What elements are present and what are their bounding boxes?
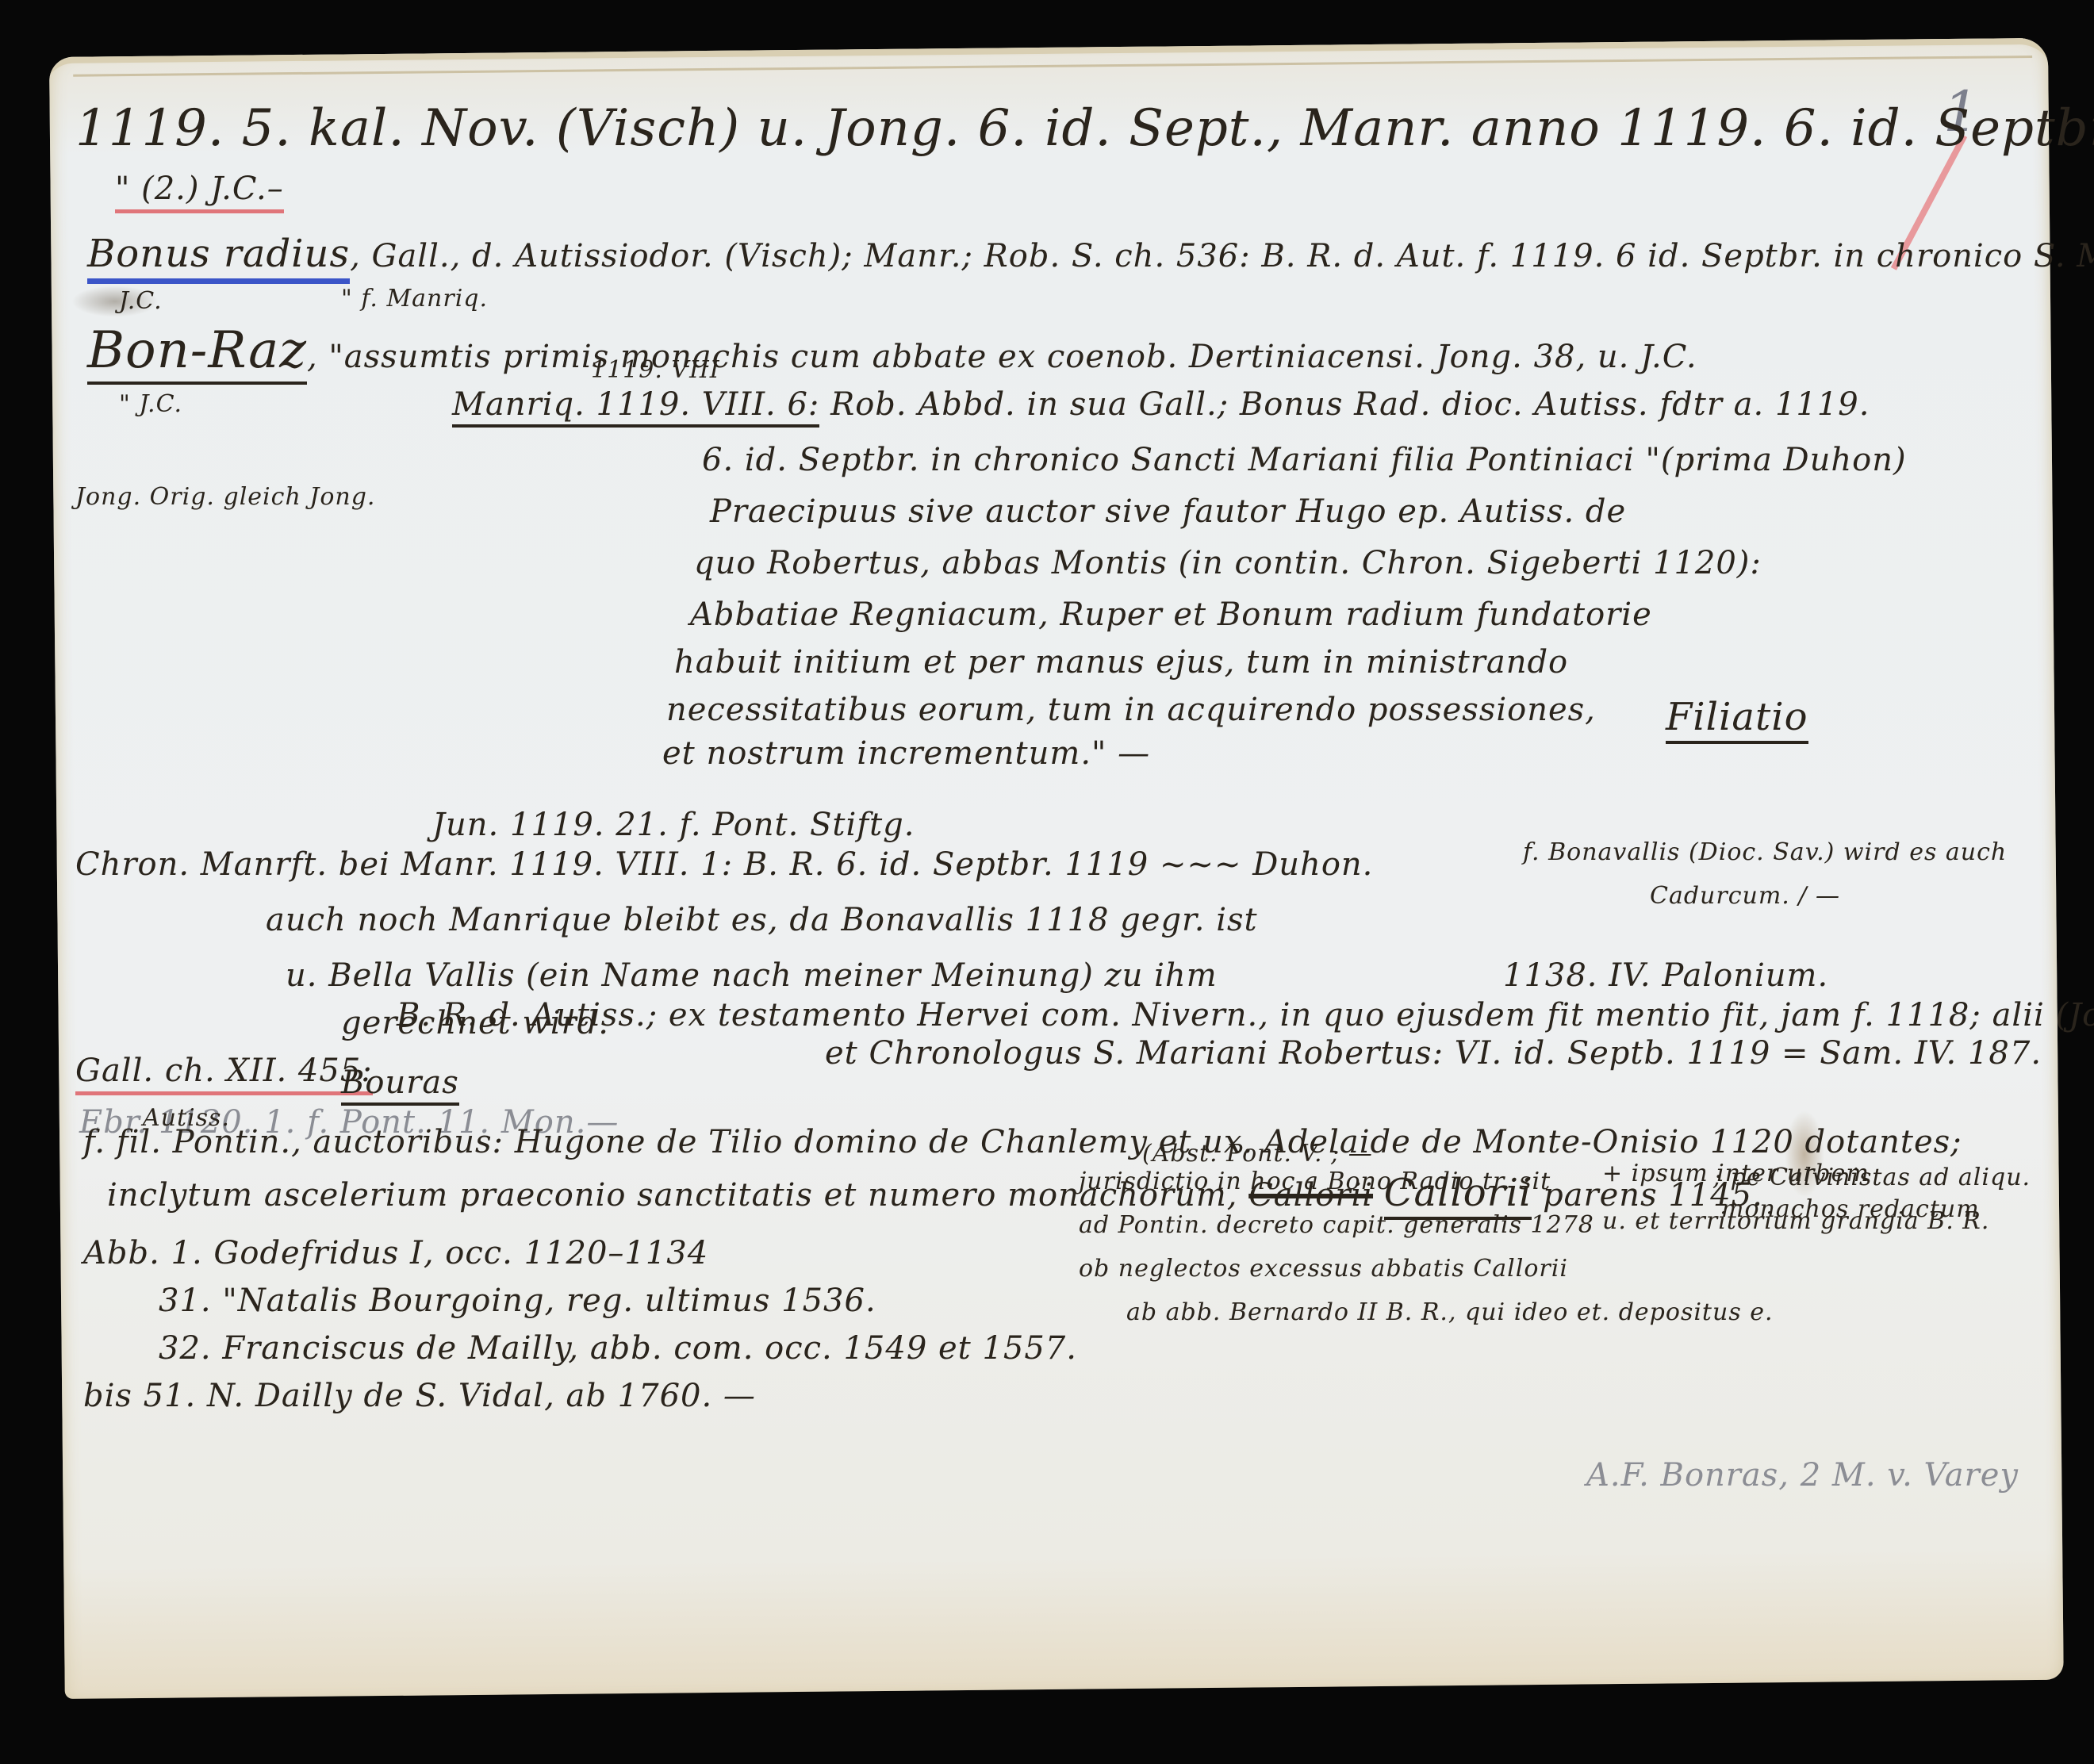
filiatio-line-3: 1138. IV. Palonium. (1503, 960, 1828, 991)
quote-line-1: 6. id. Septbr. in chronico Sancti Marian… (702, 444, 1907, 476)
note-jc-text: " (2.) J.C.– (115, 171, 284, 213)
jurisdictio-line-4: ab abb. Bernardo II B. R., qui ideo et. … (1126, 1301, 1774, 1325)
manriq-note: " f. Manriq. (341, 287, 488, 311)
jurisdictio-line-3: ob neglectos excessus abbatis Callorii (1079, 1257, 1568, 1281)
filiatio-line-1: f. Bonavallis (Dioc. Sav.) wird es auch (1523, 841, 2007, 865)
manriq-ref-text: Rob. Abbd. in sua Gall.; Bonus Rad. dioc… (830, 386, 1870, 423)
ipsum-note: + ipsum inter urbem (1602, 1162, 1870, 1186)
entry-year-line: 1119. 5. kal. Nov. (Visch) u. Jong. 6. i… (75, 103, 2094, 154)
pencil-note-varey: A.F. Bonras, 2 M. v. Varey (1586, 1459, 2019, 1491)
inclytum-text: inclytum ascelerium praeconio sanctitati… (107, 1177, 1237, 1214)
quote-line-3: quo Robertus, abbas Montis (in contin. C… (694, 547, 1762, 579)
jurisdictio-line-2: ad Pontin. decreto capit. generalis 1278 (1079, 1214, 1594, 1237)
bon-raz-line: Bon-Raz, "assumtis primis monachis cum a… (87, 325, 1697, 376)
abbey-name-bonus-radius: Bonus radius (87, 232, 350, 284)
abbot-1: Abb. 1. Godefridus I, occ. 1120–1134 (83, 1237, 708, 1269)
abbot-51: bis 51. N. Dailly de S. Vidal, ab 1760. … (83, 1380, 756, 1412)
manriq-ref: Manriq. 1119. VIII. 6: (452, 386, 819, 428)
margin-jc: J.C. (119, 290, 163, 313)
bouras-text: Bouras (341, 1064, 459, 1106)
german-note-1: auch noch Manrique bleibt es, da Bonaval… (266, 904, 1258, 936)
abbey-name-line-text: , Gall., d. Autissiodor. (Visch); Manr.;… (350, 238, 2094, 274)
pontin-filiation-line: f. fil. Pontin., auctoribus: Hugone de T… (83, 1126, 1962, 1158)
quote-line-4: Abbatiae Regniacum, Ruper et Bonum radiu… (690, 599, 1652, 631)
margin-jc-2: " J.C. (119, 393, 182, 416)
gallia-text-1: B. R. d. Autiss.; ex testamento Hervei c… (397, 999, 2094, 1031)
bon-raz-line-text: , "assumtis primis monachis cum abbate e… (307, 339, 1697, 375)
gallia-text-2-content: et Chronologus S. Mariani Robertus: VI. … (825, 1035, 2042, 1072)
territorium-note: u. et territorium grangia B. R. (1602, 1210, 1989, 1233)
foundation-date-line: Jun. 1119. 21. f. Pont. Stiftg. (432, 809, 915, 841)
bouras-note: Bouras (341, 1067, 459, 1099)
note-jc: " (2.) J.C.– (115, 173, 284, 205)
margin-jong-orig: Jong. Orig. gleich Jong. (75, 485, 375, 509)
chron-line-text: Chron. Manrft. bei Manr. 1119. VIII. 1: … (75, 846, 1373, 883)
abbey-name-line: Bonus radius, Gall., d. Autissiodor. (Vi… (87, 235, 2094, 273)
bon-raz-heading: Bon-Raz (87, 321, 307, 385)
quote-line-5: habuit initium et per manus ejus, tum in… (674, 646, 1568, 678)
filiatio-heading: Filiatio (1666, 698, 1808, 736)
entry-year-text: 1119. 5. kal. Nov. (Visch) u. Jong. 6. i… (75, 99, 2094, 158)
manriq-ref-superscript: 1119. VIII (591, 359, 720, 382)
gallia-christiana-ref: Gall. ch. XII. 455: (75, 1053, 373, 1095)
abbot-31: 31. "Natalis Bourgoing, reg. ultimus 153… (159, 1285, 876, 1317)
quote-line-2: Praecipuus sive auctor sive fautor Hugo … (710, 496, 1626, 527)
manriq-ref-line: Manriq. 1119. VIII. 6: Rob. Abbd. in sua… (452, 389, 1870, 420)
german-note-2: u. Bella Vallis (ein Name nach meiner Me… (286, 960, 1218, 991)
gallia-ref-line: Gall. ch. XII. 455: (75, 1055, 373, 1087)
jurisdictio-line-1: jurisdictio in hoc a Bono Radio tr. sit (1079, 1170, 1551, 1194)
abst-pont-note: (Abst. Pont. V. ; — (1142, 1142, 1373, 1166)
filiatio-text: Filiatio (1666, 695, 1808, 744)
chron-line: Chron. Manrft. bei Manr. 1119. VIII. 1: … (75, 849, 1373, 880)
quote-line-6: necessitatibus eorum, tum in acquirendo … (666, 694, 1596, 726)
gallia-text-2: et Chronologus S. Mariani Robertus: VI. … (825, 1037, 2042, 1069)
filiatio-line-2: Cadurcum. / — (1650, 884, 1840, 908)
abbot-32: 32. Franciscus de Mailly, abb. com. occ.… (159, 1333, 1077, 1364)
quote-line-7: et nostrum incrementum." — (662, 738, 1150, 769)
paper-top-edge (73, 38, 2032, 77)
